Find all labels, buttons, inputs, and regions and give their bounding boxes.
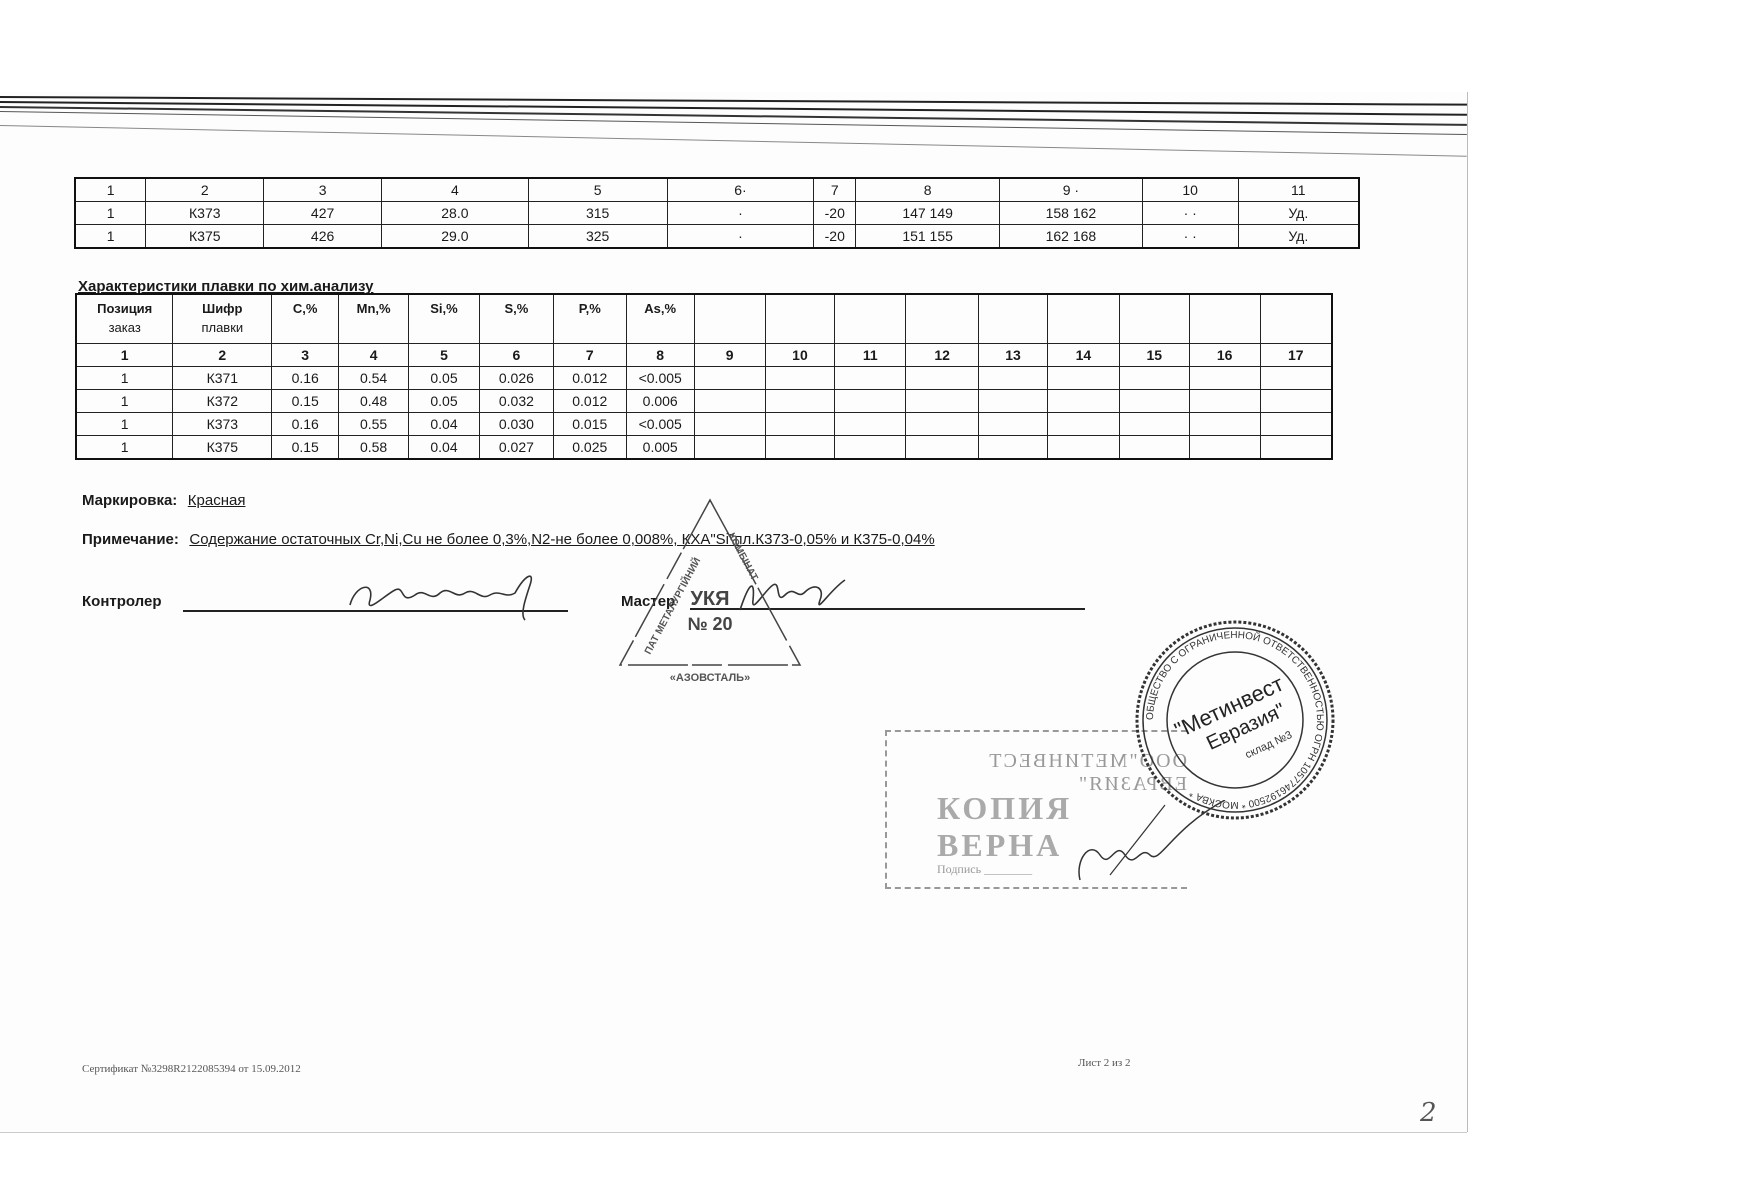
column-header: Шифрплавки — [173, 294, 272, 344]
column-header-line1: Позиция — [77, 299, 172, 318]
table-cell: 0.027 — [479, 436, 553, 460]
column-number: 16 — [1189, 344, 1260, 367]
table-cell — [1047, 390, 1119, 413]
table-cell: 0.15 — [272, 436, 339, 460]
column-header-line1: As,% — [627, 299, 694, 318]
table-cell — [694, 390, 765, 413]
table-cell: 0.58 — [339, 436, 409, 460]
column-number: 9 — [694, 344, 765, 367]
table-cell: 0.16 — [272, 367, 339, 390]
table-cell — [765, 413, 835, 436]
column-number-row: 1234567891011121314151617 — [76, 344, 1332, 367]
column-header — [906, 294, 979, 344]
table-cell: <0.005 — [626, 367, 694, 390]
svg-text:№ 20: № 20 — [687, 614, 732, 634]
table-cell — [835, 390, 906, 413]
column-number: 1 — [76, 344, 173, 367]
table-header-row: 1 2 3 4 5 6· 7 8 9 · 10 11 — [75, 178, 1359, 202]
table-cell: 1 — [76, 367, 173, 390]
column-header-line1: Si,% — [409, 299, 479, 318]
column-number: 12 — [906, 344, 979, 367]
table-cell: 0.032 — [479, 390, 553, 413]
table-cell: 0.015 — [553, 413, 626, 436]
table-cell: 1 — [76, 390, 173, 413]
table-cell — [1260, 436, 1332, 460]
column-header — [694, 294, 765, 344]
column-header — [835, 294, 906, 344]
certificate-number: Сертификат №3298R2122085394 от 15.09.201… — [82, 1063, 301, 1075]
chemical-analysis-table: ПозициязаказШифрплавкиC,%Mn,%Si,%S,%P,%A… — [75, 293, 1333, 460]
column-header-line1: C,% — [272, 299, 338, 318]
column-number: 15 — [1119, 344, 1189, 367]
column-header-line1: Mn,% — [339, 299, 408, 318]
svg-text:КОМБІНАТ: КОМБІНАТ — [725, 531, 759, 582]
table-cell — [1047, 413, 1119, 436]
table-row: 1 К375 426 29.0 325 · -20 151 155 162 16… — [75, 225, 1359, 249]
table-cell: 0.005 — [626, 436, 694, 460]
table-cell: 0.025 — [553, 436, 626, 460]
table-cell — [1119, 413, 1189, 436]
table-cell: 0.012 — [553, 390, 626, 413]
triangle-stamp: УКЯ № 20 ПАТ МЕТАЛУРГІЙНИЙ КОМБІНАТ «АЗО… — [610, 495, 810, 685]
table-cell: 0.012 — [553, 367, 626, 390]
column-number: 3 — [272, 344, 339, 367]
verifier-signature — [1070, 800, 1230, 890]
column-header-line1: Шифр — [173, 299, 271, 318]
table-cell: 0.030 — [479, 413, 553, 436]
column-number: 6 — [479, 344, 553, 367]
table-cell — [906, 390, 979, 413]
table-cell — [835, 436, 906, 460]
column-header: Позициязаказ — [76, 294, 173, 344]
table-cell — [1047, 436, 1119, 460]
column-header — [1260, 294, 1332, 344]
column-number: 2 — [173, 344, 272, 367]
note-value: Содержание остаточных Cr,Ni,Cu не более … — [189, 531, 934, 548]
table-cell: 0.05 — [409, 390, 480, 413]
column-number: 11 — [835, 344, 906, 367]
table-cell: 0.48 — [339, 390, 409, 413]
table-cell — [835, 367, 906, 390]
handwritten-page-number: 2 — [1420, 1098, 1437, 1128]
sheet-number: Лист 2 из 2 — [1078, 1057, 1131, 1069]
table-cell — [1189, 413, 1260, 436]
table-cell: К372 — [173, 390, 272, 413]
column-header — [1047, 294, 1119, 344]
table-cell: 0.006 — [626, 390, 694, 413]
table-row: 1К3710.160.540.050.0260.012<0.005 — [76, 367, 1332, 390]
table-cell: 0.16 — [272, 413, 339, 436]
table-row: 1К3720.150.480.050.0320.0120.006 — [76, 390, 1332, 413]
column-header-line2: заказ — [77, 318, 172, 337]
column-header — [765, 294, 835, 344]
table-cell: 1 — [76, 436, 173, 460]
table-cell — [979, 436, 1048, 460]
column-header — [979, 294, 1048, 344]
table-cell: 0.54 — [339, 367, 409, 390]
column-header: Mn,% — [339, 294, 409, 344]
table-cell — [694, 413, 765, 436]
column-header — [1189, 294, 1260, 344]
controller-label: Контролер — [82, 593, 162, 610]
table-cell — [765, 367, 835, 390]
table-cell — [1119, 436, 1189, 460]
table-cell: К371 — [173, 367, 272, 390]
table-cell — [1260, 367, 1332, 390]
table-row: 1К3730.160.550.040.0300.015<0.005 — [76, 413, 1332, 436]
table-cell — [1047, 367, 1119, 390]
table-cell — [1189, 367, 1260, 390]
table-cell — [906, 413, 979, 436]
column-header-line1: P,% — [554, 299, 626, 318]
column-header-line2: плавки — [173, 318, 271, 337]
table-cell — [979, 367, 1048, 390]
column-header-line1: S,% — [480, 299, 553, 318]
page-edge — [0, 1132, 1467, 1133]
table-cell — [1119, 390, 1189, 413]
table-row: 1 К373 427 28.0 315 · -20 147 149 158 16… — [75, 202, 1359, 225]
table-cell: К373 — [173, 413, 272, 436]
table-cell: 0.026 — [479, 367, 553, 390]
table-cell — [835, 413, 906, 436]
table-cell — [765, 436, 835, 460]
controller-signature — [345, 565, 565, 625]
table-cell — [694, 436, 765, 460]
column-header — [1119, 294, 1189, 344]
marking-label: Маркировка: — [82, 492, 177, 509]
table-cell — [906, 367, 979, 390]
table-cell — [979, 413, 1048, 436]
table-cell: 0.15 — [272, 390, 339, 413]
column-header: C,% — [272, 294, 339, 344]
table-cell: 0.55 — [339, 413, 409, 436]
table-cell — [979, 390, 1048, 413]
table-cell — [906, 436, 979, 460]
note-label: Примечание: — [82, 531, 179, 548]
table-cell — [1189, 436, 1260, 460]
page-edge — [1467, 92, 1468, 1132]
column-number: 17 — [1260, 344, 1332, 367]
mechanical-properties-table: 1 2 3 4 5 6· 7 8 9 · 10 11 1 К373 427 28… — [74, 177, 1360, 249]
column-number: 13 — [979, 344, 1048, 367]
column-number: 5 — [409, 344, 480, 367]
table-cell — [1260, 413, 1332, 436]
table-cell: 0.05 — [409, 367, 480, 390]
column-header: P,% — [553, 294, 626, 344]
table-cell — [1260, 390, 1332, 413]
column-header: S,% — [479, 294, 553, 344]
column-number: 14 — [1047, 344, 1119, 367]
column-header: As,% — [626, 294, 694, 344]
table-cell: К375 — [173, 436, 272, 460]
table-cell — [765, 390, 835, 413]
column-number: 10 — [765, 344, 835, 367]
svg-text:«АЗОВСТАЛЬ»: «АЗОВСТАЛЬ» — [670, 672, 750, 684]
column-number: 8 — [626, 344, 694, 367]
marking-line: Маркировка: Красная — [82, 492, 245, 510]
table-cell: <0.005 — [626, 413, 694, 436]
table-cell: 0.04 — [409, 436, 480, 460]
table-cell — [1189, 390, 1260, 413]
table-cell — [694, 367, 765, 390]
table-header-row: ПозициязаказШифрплавкиC,%Mn,%Si,%S,%P,%A… — [76, 294, 1332, 344]
marking-value: Красная — [188, 492, 246, 509]
column-number: 7 — [553, 344, 626, 367]
table-cell: 0.04 — [409, 413, 480, 436]
svg-text:УКЯ: УКЯ — [690, 588, 729, 610]
column-header: Si,% — [409, 294, 480, 344]
table-cell — [1119, 367, 1189, 390]
round-company-stamp: ОБЩЕСТВО С ОГРАНИЧЕННОЙ ОТВЕТСТВЕННОСТЬЮ… — [1130, 615, 1340, 825]
table-row: 1К3750.150.580.040.0270.0250.005 — [76, 436, 1332, 460]
column-number: 4 — [339, 344, 409, 367]
table-cell: 1 — [76, 413, 173, 436]
